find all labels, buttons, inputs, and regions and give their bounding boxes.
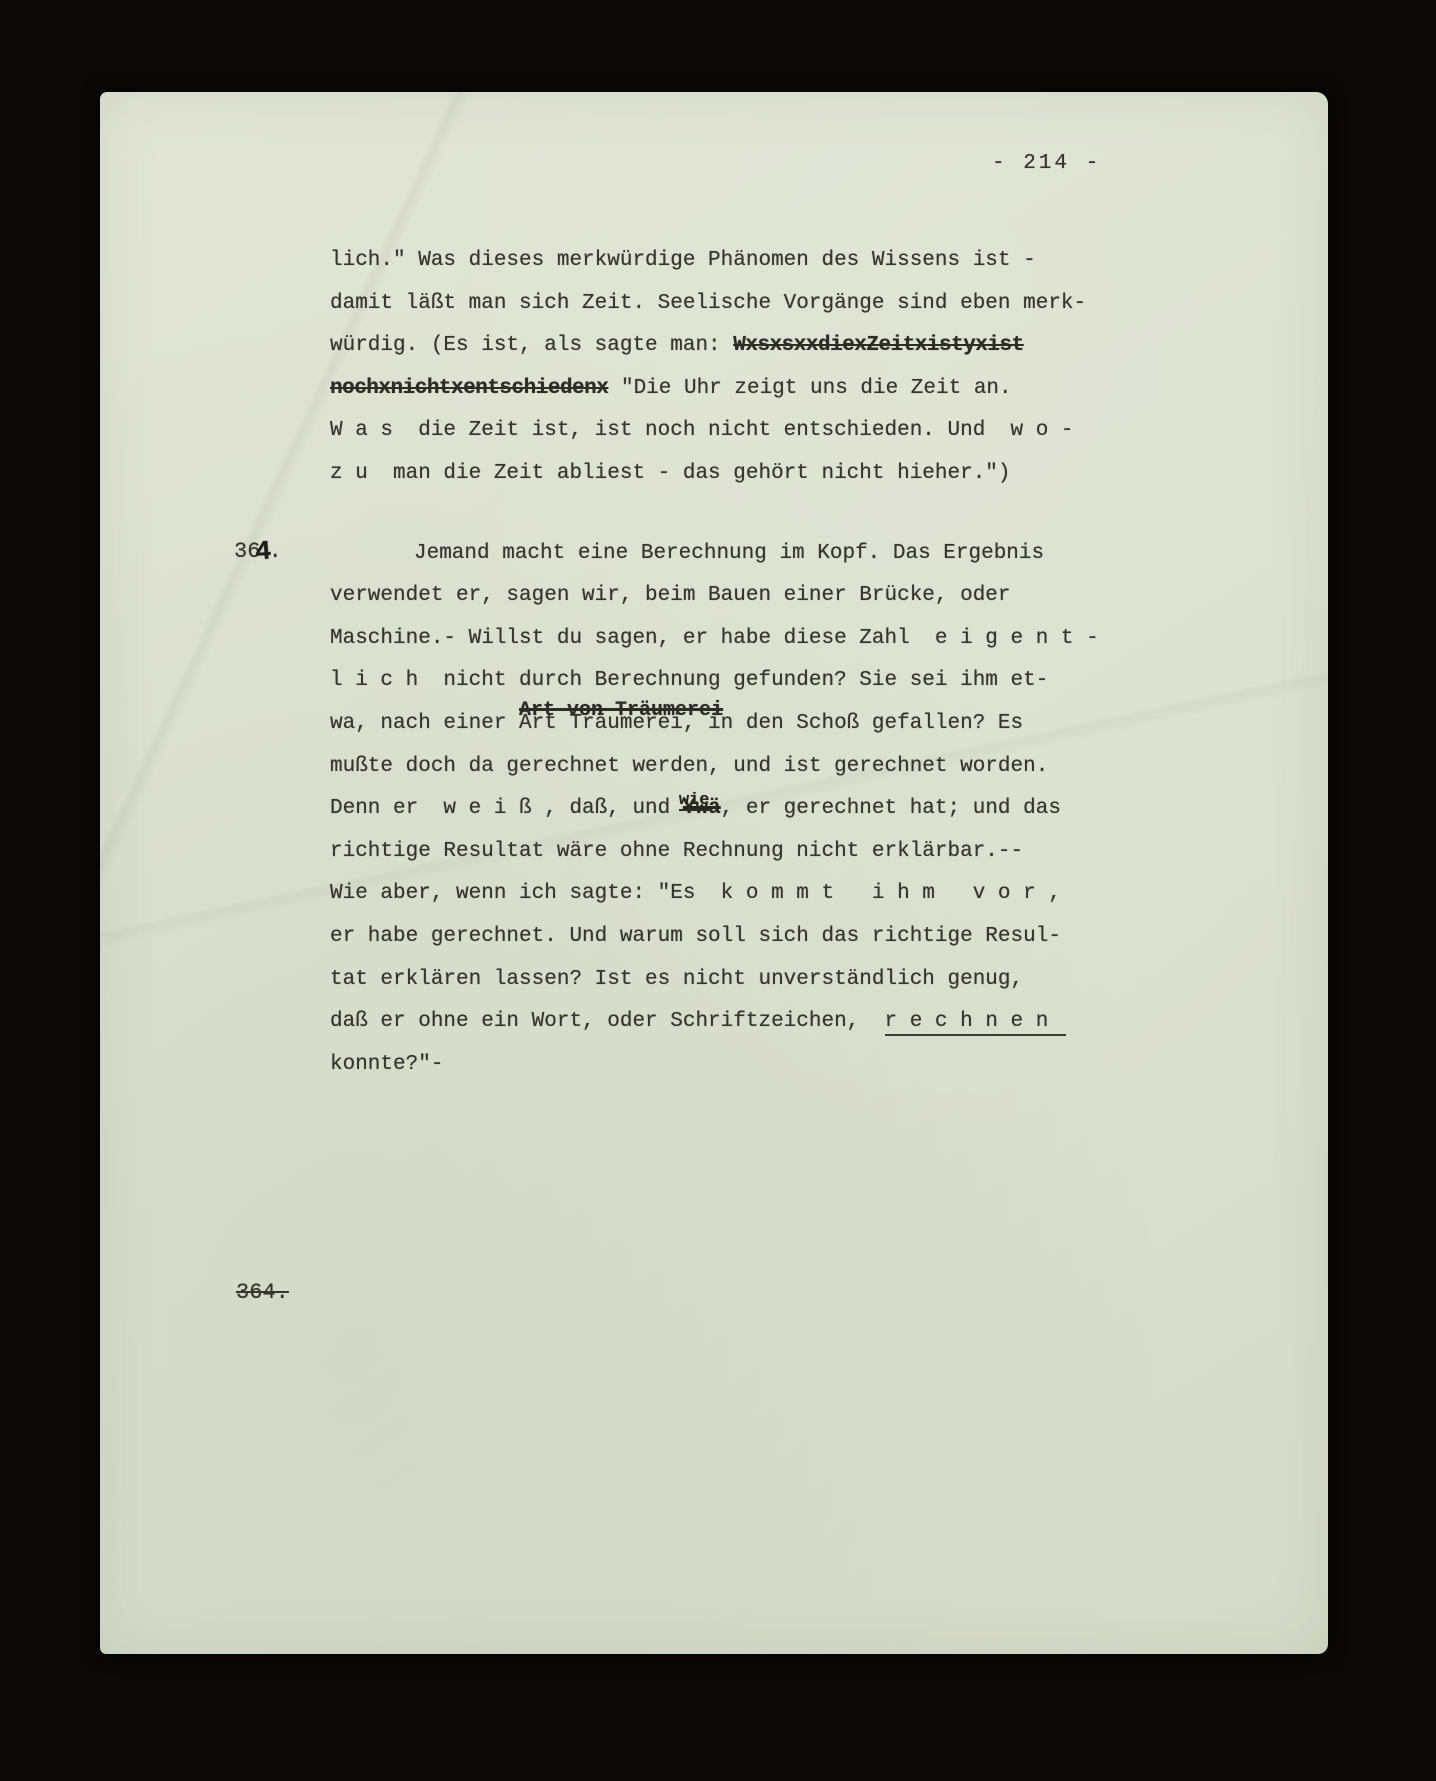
text-line: verwendet er, sagen wir, beim Bauen eine… [330,575,1142,618]
text-segment: damit läßt man sich Zeit. Seelische Vorg… [330,292,1086,315]
text-segment: W a s die Zeit ist, ist noch nicht entsc… [330,419,1074,442]
text-segment: , er gerechnet hat; und das [721,797,1061,820]
text-segment: richtige Resultat wäre ohne Rechnung nic… [330,840,1023,863]
text-segment: verwendet er, sagen wir, beim Bauen eine… [330,584,1011,607]
paragraph-number-handwritten-digit: 4 [255,537,273,568]
text-line: Jemand macht eine Berechnung im Kopf. Da… [330,533,1142,576]
text-segment: Jemand macht eine Berechnung im Kopf. Da… [414,542,1044,565]
text-line: Denn er w e i ß , daß, und wieYwä, er ge… [330,788,1142,831]
text-line: nochxnichtxentschiedenx "Die Uhr zeigt u… [330,368,1142,411]
text-line: würdig. (Es ist, als sagte man: Wxsxsxxd… [330,325,1142,368]
text-block: lich." Was dieses merkwürdige Phänomen d… [330,240,1142,1086]
struck-out-text: WxsxsxxdiexZeitxistyxist [733,334,1023,357]
text-segment: er habe gerechnet. Und warum soll sich d… [330,925,1061,948]
text-segment: konnte?"- [330,1053,443,1076]
paragraph: lich." Was dieses merkwürdige Phänomen d… [330,240,1142,496]
text-segment: tat erklären lassen? Ist es nicht unvers… [330,968,1023,991]
text-line: er habe gerechnet. Und warum soll sich d… [330,916,1142,959]
text-segment: würdig. (Es ist, als sagte man: [330,334,733,357]
text-line: lich." Was dieses merkwürdige Phänomen d… [330,240,1142,283]
text-line: z u man die Zeit abliest - das gehört ni… [330,453,1142,496]
page-number: - 214 - [992,152,1101,175]
text-line: Wie aber, wenn ich sagte: "Es k o m m t … [330,873,1142,916]
text-segment: Maschine.- Willst du sagen, er habe dies… [330,627,1099,650]
paragraph: Jemand macht eine Berechnung im Kopf. Da… [330,533,1142,1087]
inserted-correction-inner: wie [679,792,710,811]
text-segment: daß er ohne ein Wort, oder Schriftzeiche… [330,1010,885,1033]
inserted-correction-inner: Art von Träumerei [519,701,723,721]
manuscript-page: - 214 - 364. lich." Was dieses merkwürdi… [100,92,1328,1654]
struck-out-text: nochxnichtxentschiedenx [330,377,608,400]
text-segment: lich." Was dieses merkwürdige Phänomen d… [330,249,1036,272]
text-line: Maschine.- Willst du sagen, er habe dies… [330,618,1142,661]
underlined-text: r e c h n e n [885,1010,1067,1036]
text-line: W a s die Zeit ist, ist noch nicht entsc… [330,410,1142,453]
text-line: richtige Resultat wäre ohne Rechnung nic… [330,831,1142,874]
text-segment: z u man die Zeit abliest - das gehört ni… [330,462,1011,485]
text-segment: l i c h nicht durch Berechnung gefunden?… [330,669,1048,692]
text-segment: wa, nach einer [330,712,519,735]
text-line: tat erklären lassen? Ist es nicht unvers… [330,959,1142,1002]
text-line: mußte doch da gerechnet werden, und ist … [330,746,1142,789]
text-line: wa, nach einer Art von TräumereiArt Träu… [330,703,1142,746]
text-segment: Denn er w e i ß , daß, und [330,797,683,820]
text-segment: Wie aber, wenn ich sagte: "Es k o m m t … [330,882,1061,905]
scan-background: { "document": { "page_number": "- 214 -"… [0,0,1436,1781]
text-line: l i c h nicht durch Berechnung gefunden?… [330,660,1142,703]
text-line: daß er ohne ein Wort, oder Schriftzeiche… [330,1001,1142,1044]
text-line: konnte?"- [330,1044,1142,1087]
text-segment: "Die Uhr zeigt uns die Zeit an. [608,377,1011,400]
crossed-out-paragraph-number-364: 364. [236,1280,289,1305]
text-line: damit läßt man sich Zeit. Seelische Vorg… [330,283,1142,326]
text-segment: mußte doch da gerechnet werden, und ist … [330,755,1048,778]
paragraph-number-364: 364. [234,536,282,566]
